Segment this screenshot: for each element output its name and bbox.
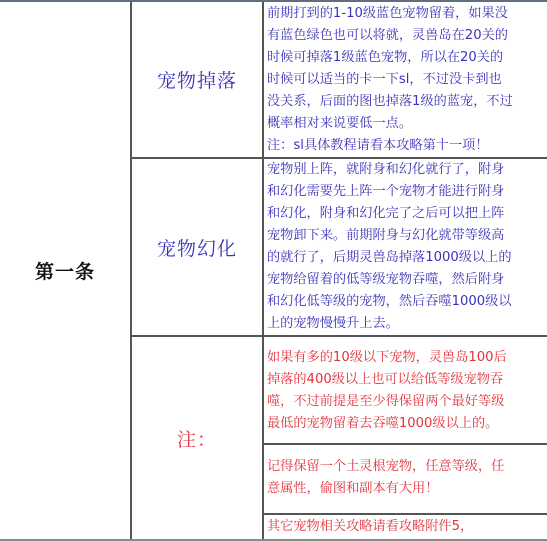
text-line: 前期打到的1-10级蓝色宠物留着，如果没 — [267, 3, 547, 25]
category-label: 宠物掉落 — [157, 66, 237, 93]
note-cell-1: 如果有多的10级以下宠物，灵兽岛100后 掉落的400级以上也可以给低等级宠物吞… — [264, 337, 547, 443]
text-line: 如果有多的10级以下宠物，灵兽岛100后 — [267, 347, 547, 369]
text-line: 上的宠物慢慢升上去。 — [267, 313, 547, 335]
text-line: 和幻化，附身和幻化完了之后可以把上阵 — [267, 203, 547, 225]
note-cell-3: 其它宠物相关攻略请看攻略附件5， — [264, 515, 547, 539]
text-line: 有蓝色绿色也可以将就，灵兽岛在20关的 — [267, 25, 547, 47]
text-line: 注：sl具体教程请看本攻略第十一项！ — [267, 135, 547, 157]
description-cell-pet-drop: 前期打到的1-10级蓝色宠物留着，如果没 有蓝色绿色也可以将就，灵兽岛在20关的… — [264, 2, 547, 157]
category-label: 注： — [177, 425, 217, 452]
category-label: 宠物幻化 — [157, 234, 237, 261]
category-cell-pet-transform: 宠物幻化 — [132, 159, 262, 335]
main-label-cell: 第一条 — [0, 2, 130, 539]
description-cell-pet-transform: 宠物别上阵，就附身和幻化就行了，附身 和幻化需要先上阵一个宠物才能进行附身 和幻… — [264, 159, 547, 335]
text-line: 和幻化低等级的宠物，然后吞噬1000级以 — [267, 291, 547, 313]
text-line: 宠物卸下来。前期附身与幻化就带等级高 — [267, 225, 547, 247]
text-line: 记得保留一个土灵根宠物，任意等级，任 — [267, 456, 547, 478]
text-line: 宠物给留着的低等级宠物吞噬，然后附身 — [267, 269, 547, 291]
text-line: 宠物别上阵，就附身和幻化就行了，附身 — [267, 159, 547, 181]
text-line: 时候可以适当的卡一下sl，不过没卡到也 — [267, 69, 547, 91]
main-label: 第一条 — [35, 257, 95, 284]
text-line: 掉落的400级以上也可以给低等级宠物吞 — [267, 369, 547, 391]
text-line: 和幻化需要先上阵一个宠物才能进行附身 — [267, 181, 547, 203]
category-cell-notes: 注： — [132, 337, 262, 539]
text-line: 其它宠物相关攻略请看攻略附件5， — [267, 516, 547, 538]
text-line: 概率相对来说要低一点。 — [267, 113, 547, 135]
text-line: 噬，不过前提是至少得保留两个最好等级 — [267, 391, 547, 413]
text-line: 意属性，偷图和副本有大用！ — [267, 478, 547, 500]
text-line: 时候可掉落1级蓝色宠物，所以在20关的 — [267, 47, 547, 69]
category-cell-pet-drop: 宠物掉落 — [132, 2, 262, 157]
text-line: 没关系，后面的图也掉落1级的蓝宠，不过 — [267, 91, 547, 113]
text-line: 的就行了，后期灵兽岛掉落1000级以上的 — [267, 247, 547, 269]
note-cell-2: 记得保留一个土灵根宠物，任意等级，任 意属性，偷图和副本有大用！ — [264, 445, 547, 513]
text-line: 最低的宠物留着去吞噬1000级以上的。 — [267, 413, 547, 435]
